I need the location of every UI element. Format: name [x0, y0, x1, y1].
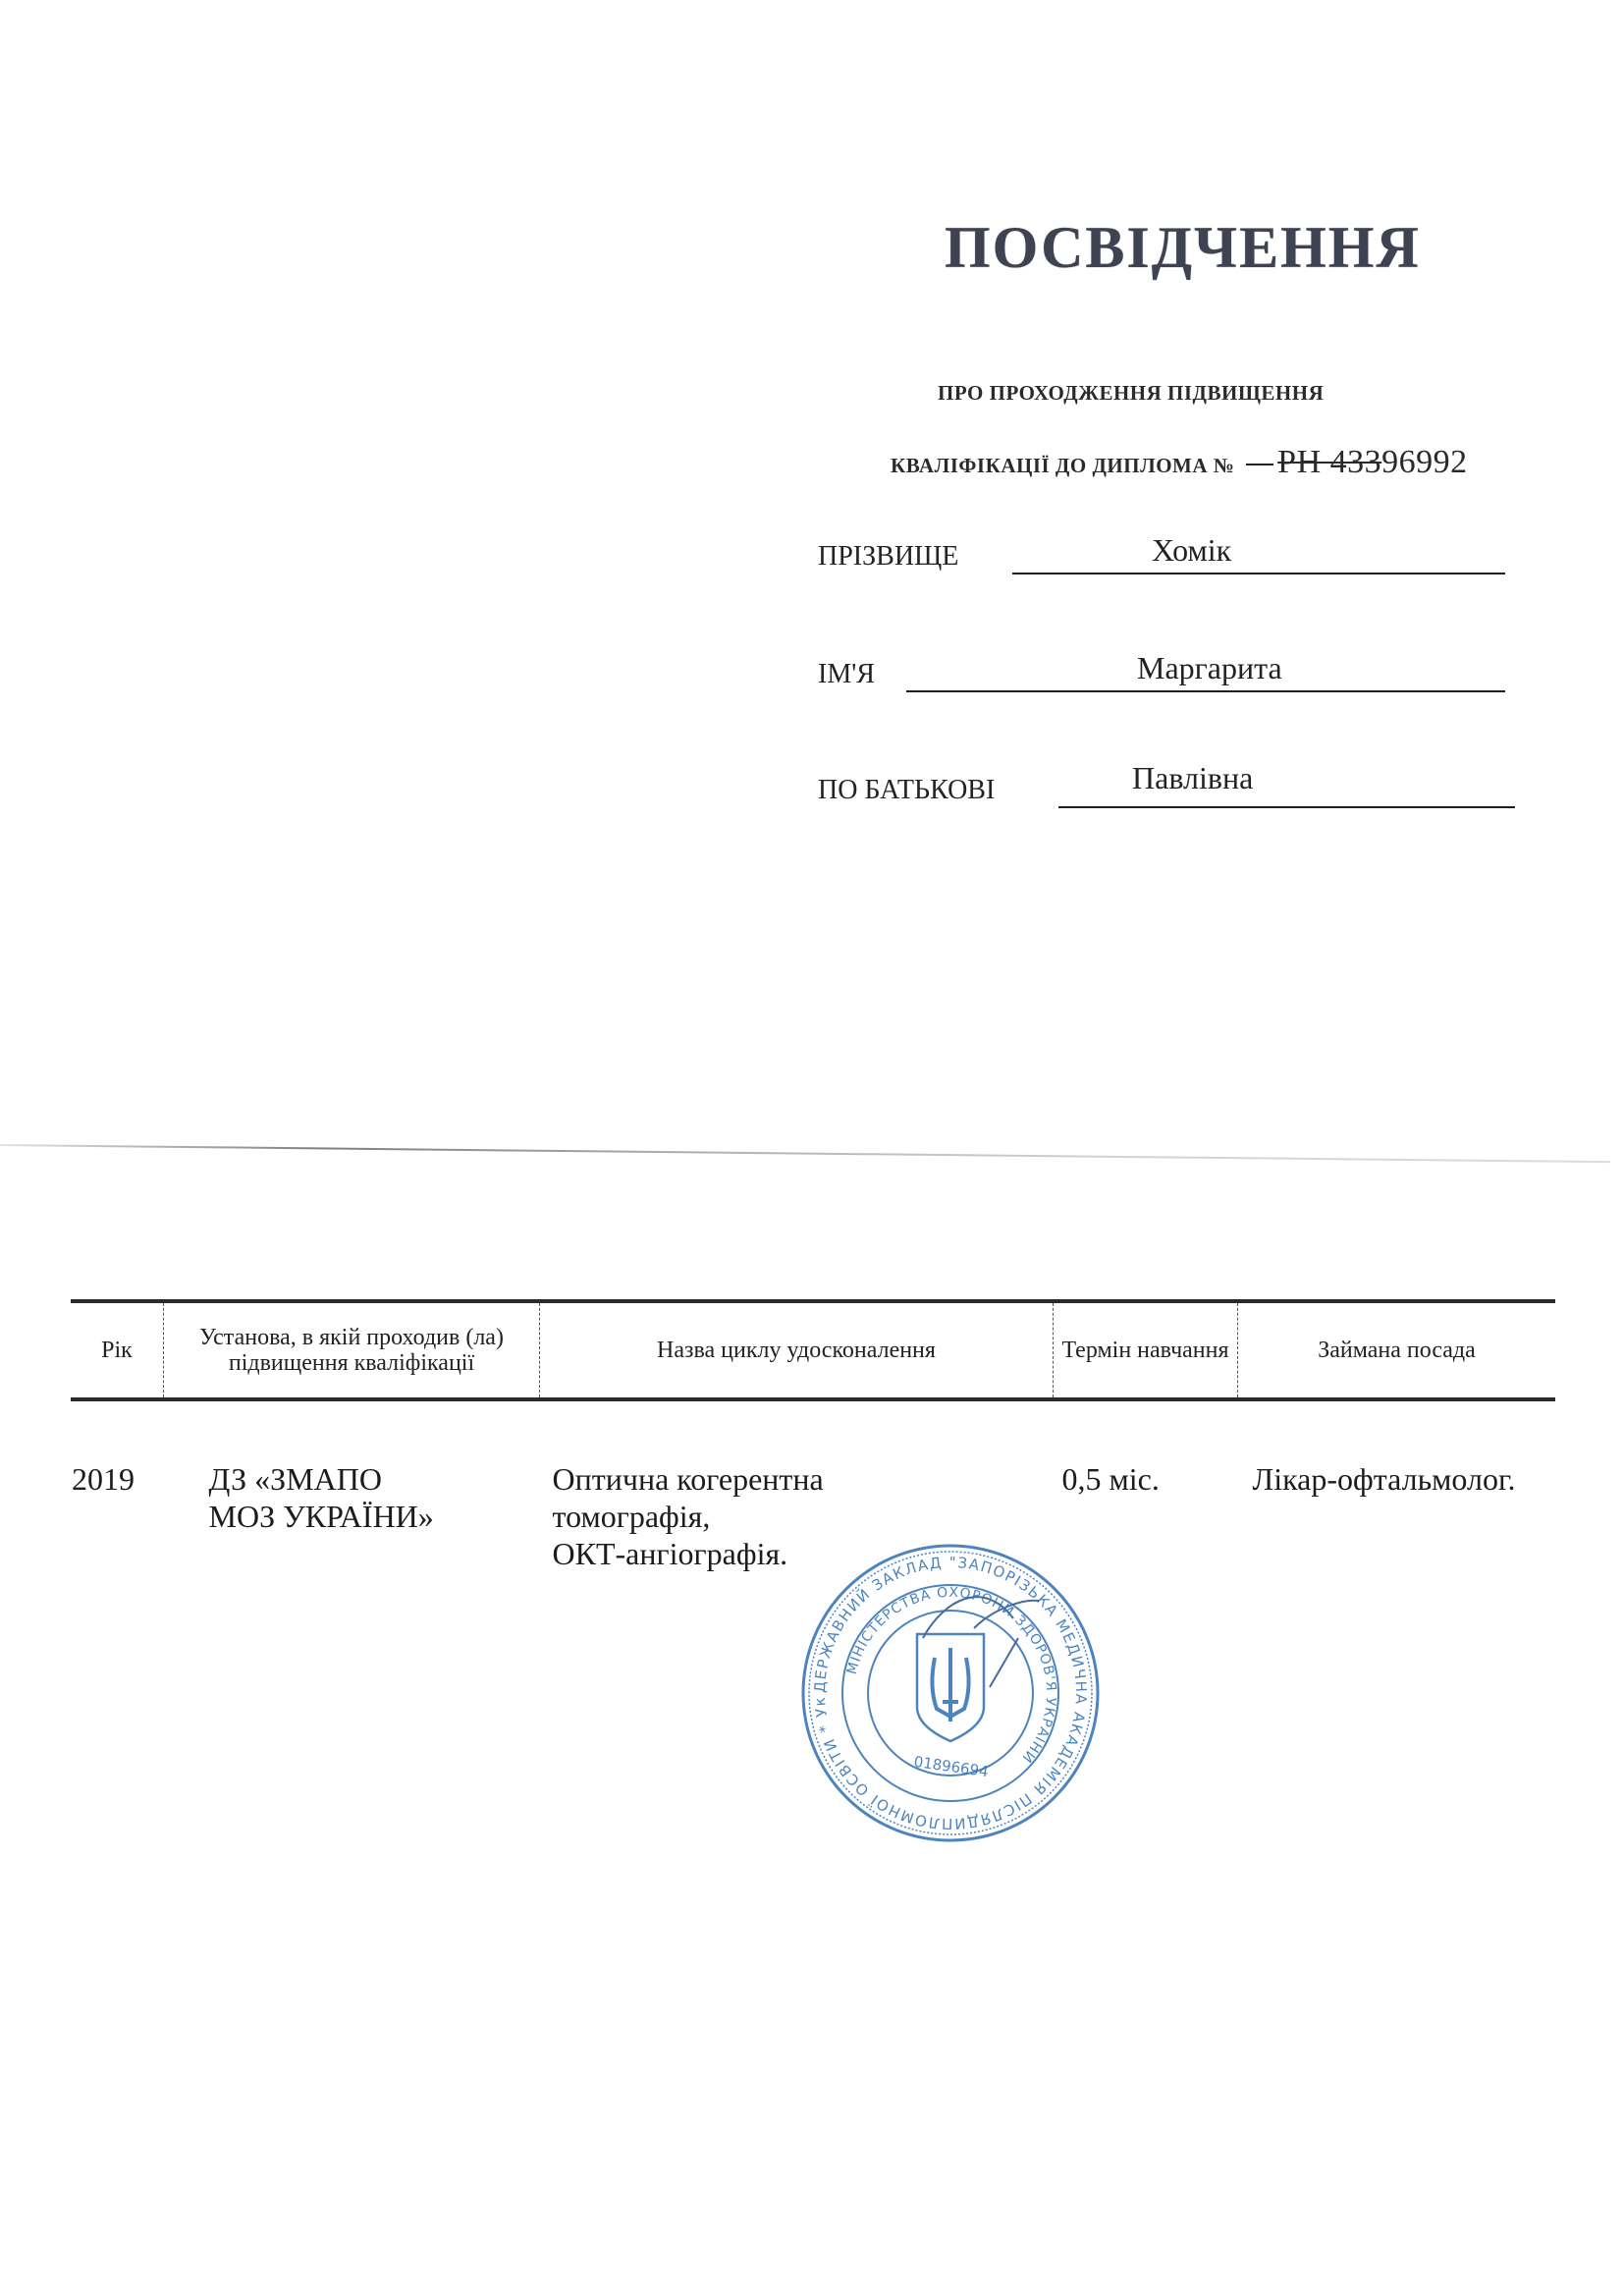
diploma-label: КВАЛІФІКАЦІЇ ДО ДИПЛОМА №: [891, 454, 1234, 477]
document-title: ПОСВІДЧЕННЯ: [945, 214, 1421, 282]
patronymic-label: ПО БАТЬКОВІ: [818, 775, 995, 806]
cycle-line: томографія,: [541, 1498, 1053, 1535]
document-subtitle-line2: КВАЛІФІКАЦІЇ ДО ДИПЛОМА № РН 43396992: [891, 444, 1468, 481]
cycle-line: Оптична когерентна: [541, 1460, 1053, 1498]
diploma-number: РН 43396992: [1246, 444, 1467, 480]
name-underline: [906, 690, 1505, 692]
name-label: ІМ'Я: [818, 659, 875, 690]
name-value: Маргарита: [1137, 650, 1282, 686]
diploma-number-struck: РН 433: [1277, 444, 1381, 480]
diploma-number-rest: 96992: [1381, 444, 1468, 480]
diploma-underline: [1246, 464, 1273, 465]
position-value: Лікар-офтальмолог.: [1239, 1460, 1555, 1498]
page-fold-divider: [0, 1144, 1610, 1163]
svg-text:01896694: 01896694: [913, 1753, 990, 1780]
institution-line: ДЗ «ЗМАПО: [174, 1460, 539, 1498]
patronymic-value: Павлівна: [1132, 760, 1253, 796]
table-header-row: Рік Установа, в якій проходив (ла) підви…: [71, 1301, 1555, 1399]
header-position: Займана посада: [1238, 1301, 1556, 1399]
patronymic-field: ПО БАТЬКОВІ Павлівна: [818, 764, 1515, 808]
surname-label: ПРІЗВИЩЕ: [818, 541, 958, 573]
institution-line: МОЗ УКРАЇНИ»: [174, 1498, 539, 1535]
header-year: Рік: [71, 1301, 164, 1399]
official-stamp: ДЕРЖАВНИЙ ЗАКЛАД "ЗАПОРІЗЬКА МЕДИЧНА АКА…: [797, 1540, 1104, 1846]
qualification-table: Рік Установа, в якій проходив (ла) підви…: [71, 1299, 1555, 1573]
surname-value: Хомік: [1152, 532, 1231, 569]
surname-field: ПРІЗВИЩЕ Хомік: [818, 530, 1505, 574]
stamp-seal-icon: ДЕРЖАВНИЙ ЗАКЛАД "ЗАПОРІЗЬКА МЕДИЧНА АКА…: [797, 1540, 1104, 1846]
cell-year: 2019: [71, 1399, 164, 1573]
header-term: Термін навчання: [1054, 1301, 1238, 1399]
term-value: 0,5 міс.: [1055, 1460, 1237, 1498]
cell-institution: ДЗ «ЗМАПО МОЗ УКРАЇНИ»: [164, 1399, 540, 1573]
document-subtitle-line1: ПРО ПРОХОДЖЕННЯ ПІДВИЩЕННЯ: [938, 381, 1324, 406]
surname-underline: [1012, 573, 1505, 574]
header-cycle: Назва циклу удосконалення: [540, 1301, 1054, 1399]
patronymic-underline: [1058, 806, 1515, 808]
cell-position: Лікар-офтальмолог.: [1238, 1399, 1556, 1573]
header-institution: Установа, в якій проходив (ла) підвищенн…: [164, 1301, 540, 1399]
name-field: ІМ'Я Маргарита: [818, 648, 1505, 692]
